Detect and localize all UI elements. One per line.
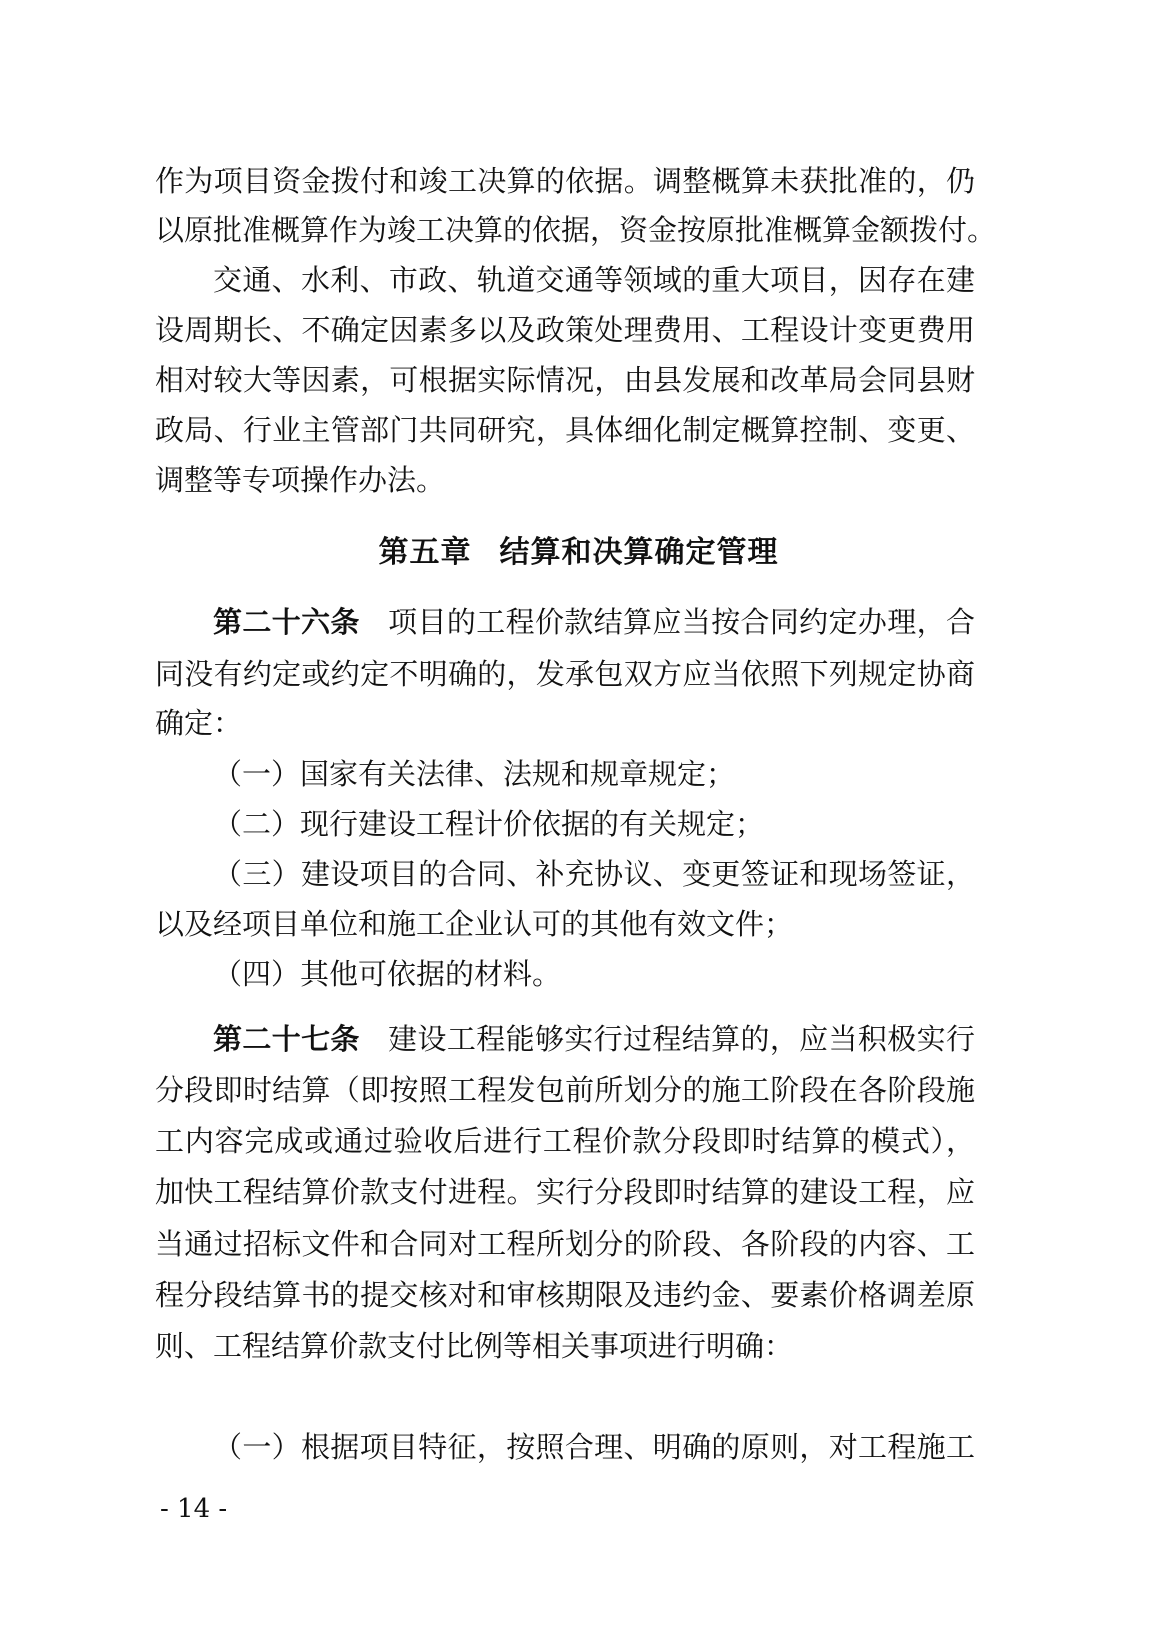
article-27-label: 第二十七条	[213, 1022, 360, 1056]
article-26-label: 第二十六条	[213, 605, 360, 639]
page-number: - 14 -	[160, 1494, 227, 1524]
list-item: （三）建设项目的合同、补充协议、变更签证和现场签证，	[213, 856, 975, 892]
document-page: 作为项目资金拨付和竣工决算的依据。调整概算未获批准的，仍 以原批准概算作为竣工决…	[0, 0, 1157, 1637]
chapter-heading: 第五章结算和决算确定管理	[0, 534, 1157, 572]
article-26-first-line: 第二十六条项目的工程价款结算应当按合同约定办理，合	[213, 604, 975, 640]
paragraph-line: 则、工程结算价款支付比例等相关事项进行明确：	[155, 1328, 975, 1364]
paragraph-line: 交通、水利、市政、轨道交通等领域的重大项目，因存在建	[213, 262, 975, 298]
paragraph-line: 设周期长、不确定因素多以及政策处理费用、工程设计变更费用	[155, 312, 975, 348]
list-item: （四）其他可依据的材料。	[213, 956, 975, 992]
list-item: （一）根据项目特征，按照合理、明确的原则，对工程施工	[213, 1429, 975, 1465]
paragraph-line: 当通过招标文件和合同对工程所划分的阶段、各阶段的内容、工	[155, 1226, 975, 1262]
paragraph-line: 以原批准概算作为竣工决算的依据，资金按原批准概算金额拨付。	[155, 212, 975, 248]
paragraph-line: 政局、行业主管部门共同研究，具体细化制定概算控制、变更、	[155, 412, 975, 448]
article-26-text: 项目的工程价款结算应当按合同约定办理，合	[388, 605, 975, 639]
article-27-first-line: 第二十七条建设工程能够实行过程结算的，应当积极实行	[213, 1021, 975, 1057]
paragraph-line: 确定：	[155, 705, 975, 741]
paragraph-line: 同没有约定或约定不明确的，发承包双方应当依照下列规定协商	[155, 656, 975, 692]
paragraph-line: 作为项目资金拨付和竣工决算的依据。调整概算未获批准的，仍	[155, 163, 975, 199]
chapter-title: 结算和决算确定管理	[500, 535, 779, 570]
paragraph-line: 分段即时结算（即按照工程发包前所划分的施工阶段在各阶段施	[155, 1072, 975, 1108]
paragraph-line: 调整等专项操作办法。	[155, 462, 975, 498]
paragraph-line: 加快工程结算价款支付进程。实行分段即时结算的建设工程，应	[155, 1174, 975, 1210]
list-item-continuation: 以及经项目单位和施工企业认可的其他有效文件；	[155, 906, 975, 942]
paragraph-line: 工内容完成或通过验收后进行工程价款分段即时结算的模式），	[155, 1123, 975, 1159]
article-27-text: 建设工程能够实行过程结算的，应当积极实行	[388, 1022, 975, 1056]
paragraph-line: 程分段结算书的提交核对和审核期限及违约金、要素价格调差原	[155, 1277, 975, 1313]
chapter-number: 第五章	[379, 535, 472, 570]
paragraph-line: 相对较大等因素，可根据实际情况，由县发展和改革局会同县财	[155, 362, 975, 398]
list-item: （一）国家有关法律、法规和规章规定；	[213, 756, 975, 792]
list-item: （二）现行建设工程计价依据的有关规定；	[213, 806, 975, 842]
